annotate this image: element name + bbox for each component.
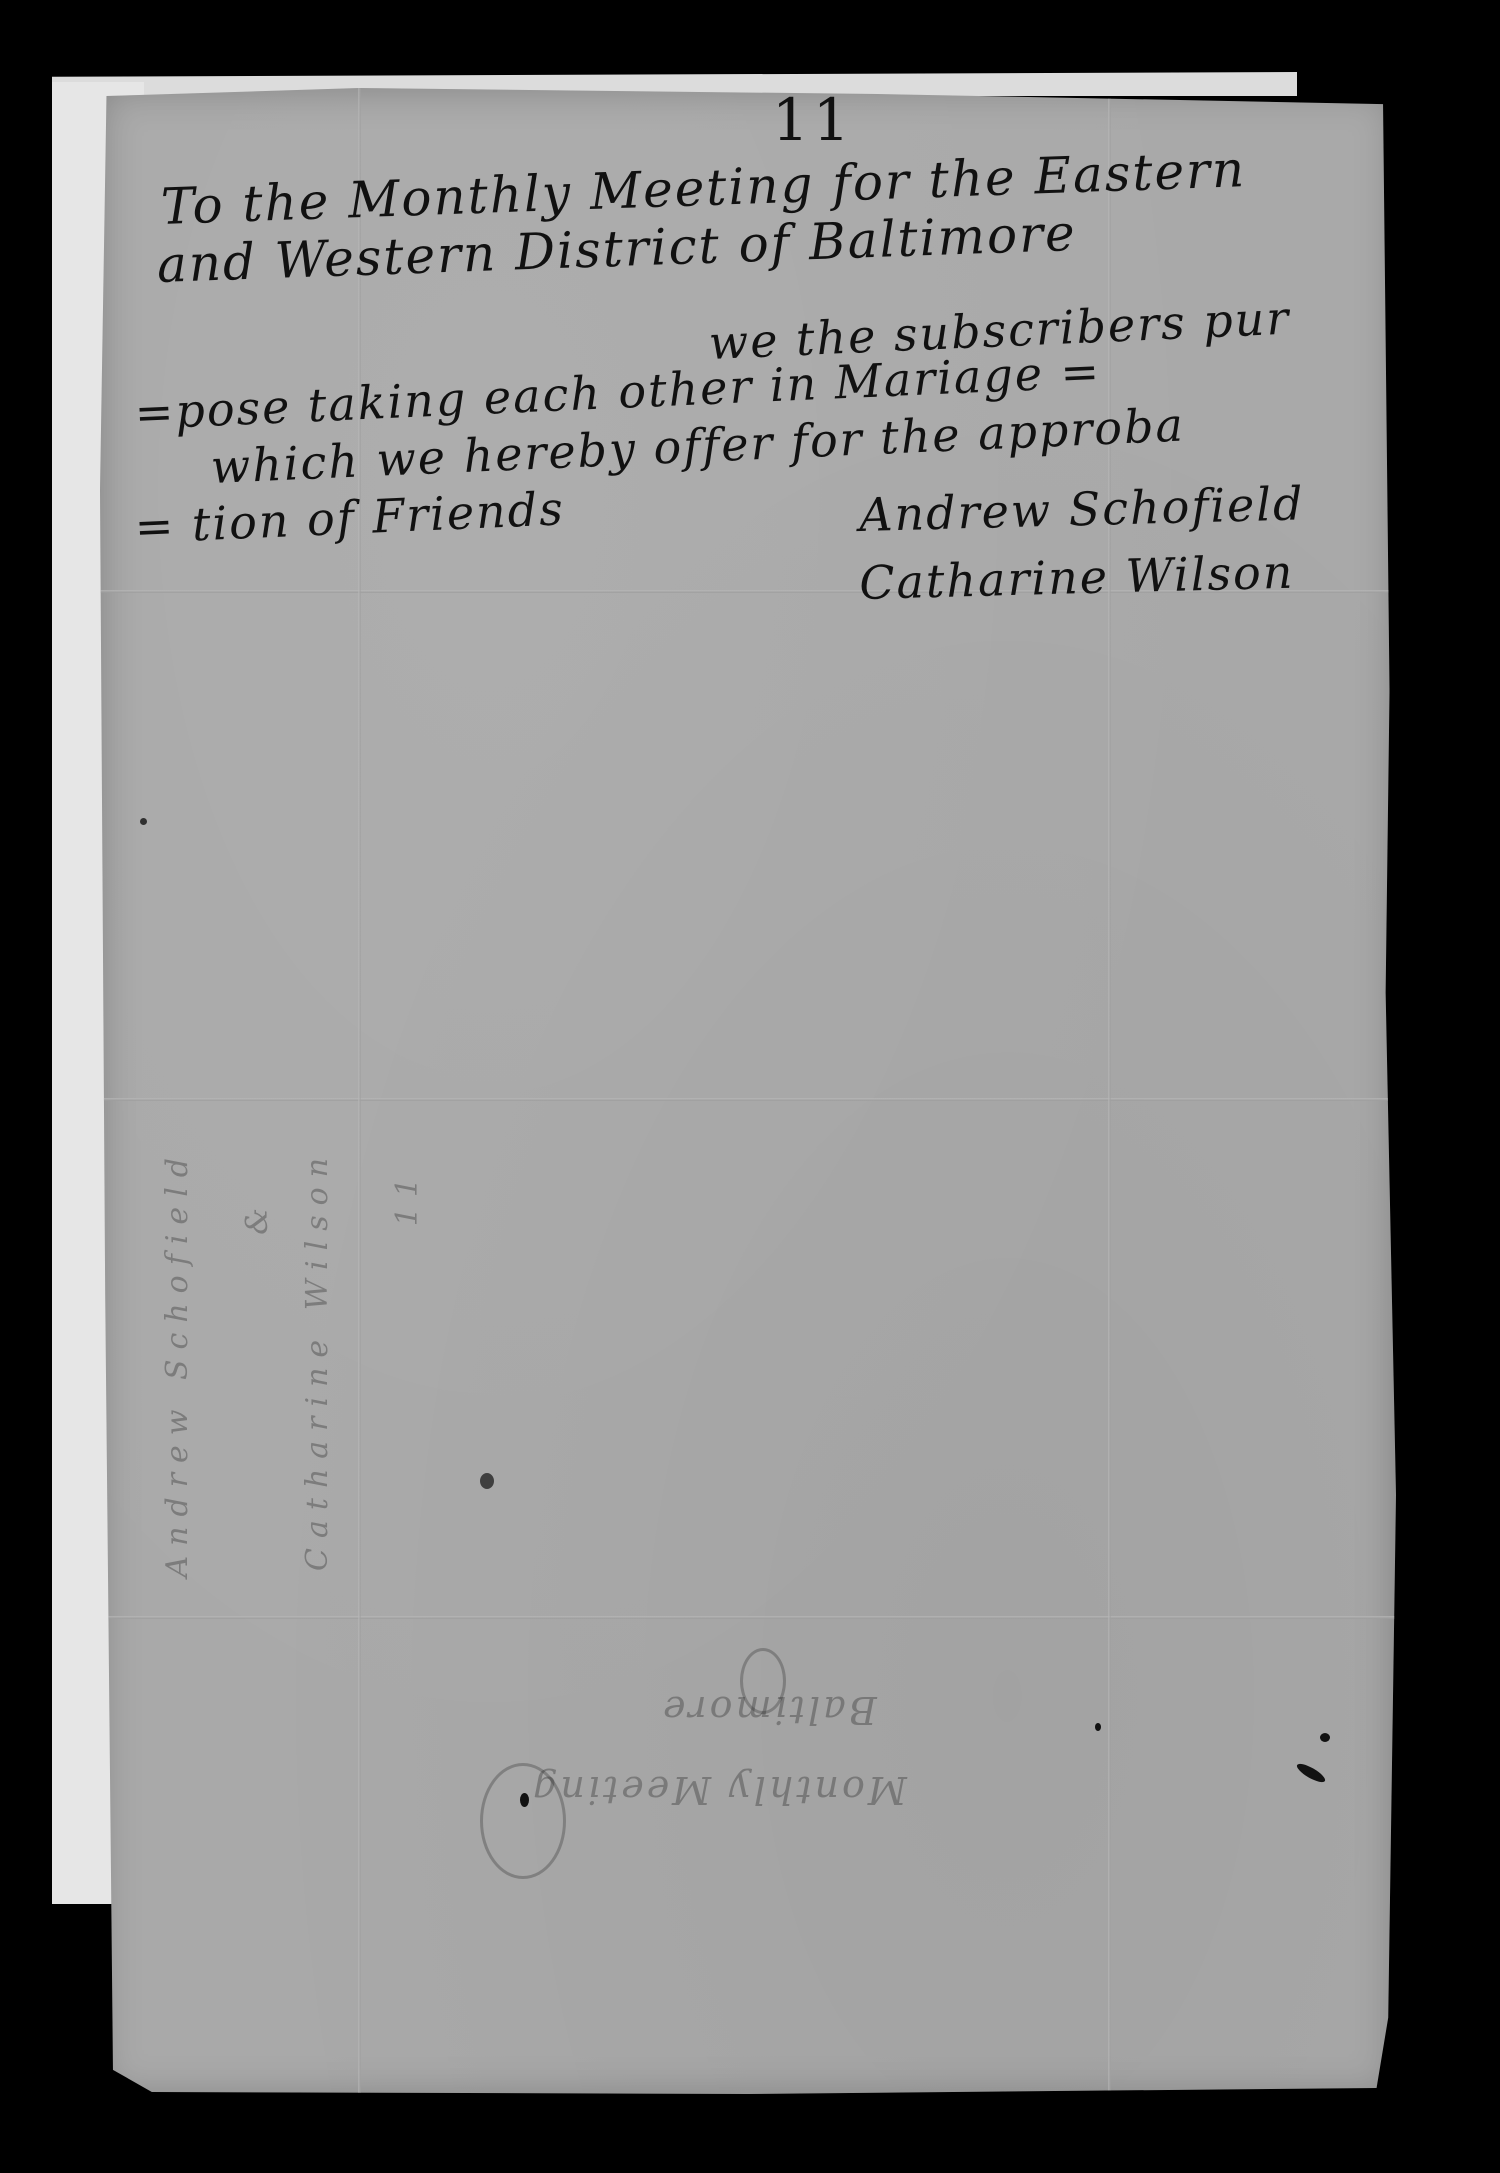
body-line-4: = tion of Friends xyxy=(134,481,566,554)
ink-spot xyxy=(520,1793,529,1807)
stamp-text-line-2: Monthly Meeting xyxy=(530,1768,907,1812)
endorsement-col-2: & xyxy=(240,1198,275,1235)
endorsement-col-3: Catharine Wilson xyxy=(300,1148,335,1571)
page-number: 11 xyxy=(772,86,854,154)
fold-line-vertical-2 xyxy=(1108,88,1111,2098)
endorsement-col-1: Andrew Schofield xyxy=(160,1148,195,1578)
manuscript-page: 11 To the Monthly Meeting for the Easter… xyxy=(100,88,1396,2098)
ink-spot xyxy=(1095,1723,1101,1731)
stamp-small-circle xyxy=(740,1648,786,1714)
ink-spot xyxy=(1320,1733,1330,1742)
stamp-circle-outline xyxy=(480,1763,566,1879)
ink-spot xyxy=(1295,1761,1328,1786)
ink-spot xyxy=(480,1473,494,1489)
signature-groom: Andrew Schofield xyxy=(859,476,1305,542)
fold-line-horizontal-2 xyxy=(100,1098,1396,1101)
ink-spot xyxy=(140,818,147,825)
fold-line-horizontal-3 xyxy=(100,1616,1396,1619)
signature-bride: Catharine Wilson xyxy=(859,545,1295,610)
endorsement-col-4: 11 xyxy=(390,1168,425,1226)
ink-spot xyxy=(1410,1718,1418,1726)
